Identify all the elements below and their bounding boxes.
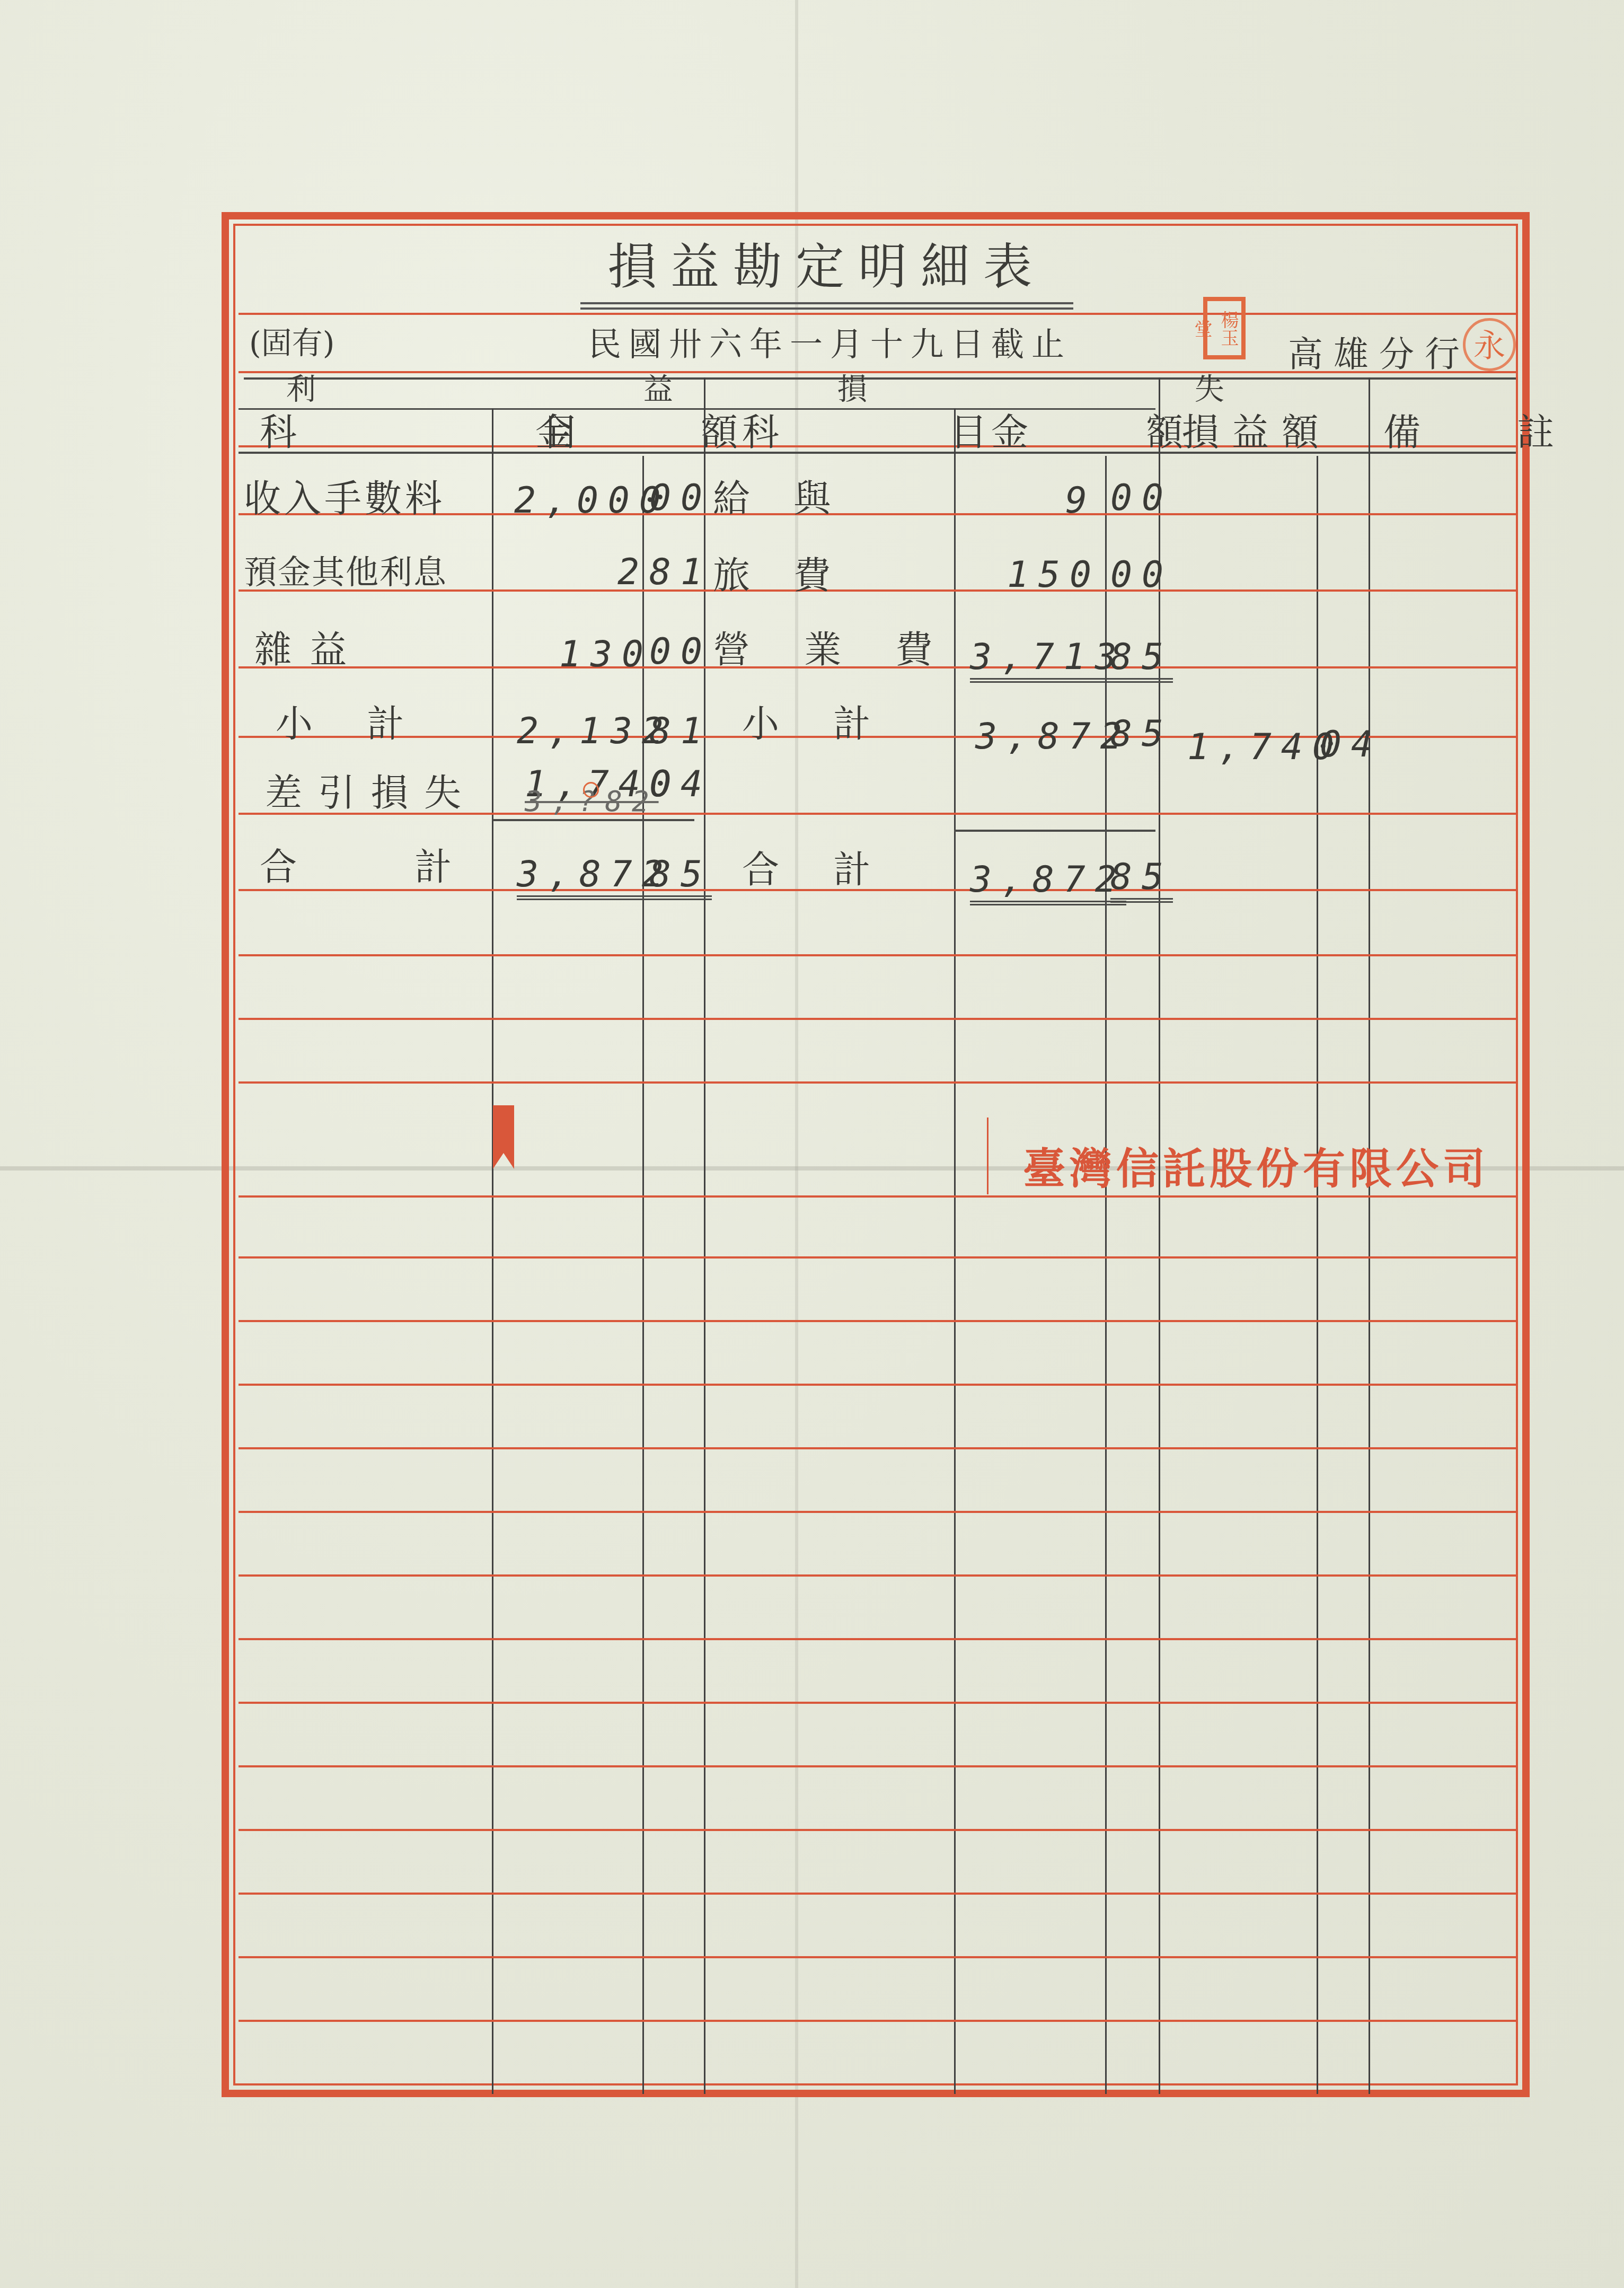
vline-loss-cents	[1105, 456, 1107, 2094]
row-rule	[239, 1447, 1516, 1449]
vline-pl-cents	[1317, 456, 1318, 2094]
col-remarks: 備 註	[1383, 403, 1596, 456]
row1-profit-cents: 00	[649, 477, 712, 519]
vline-pl-amount	[1159, 377, 1160, 2094]
row1-loss-cents: 00	[1110, 477, 1173, 519]
row-rule	[239, 2020, 1516, 2022]
title-underline	[580, 302, 1073, 310]
row-rule	[239, 1574, 1516, 1577]
group-header-loss: 損 失	[837, 366, 1383, 408]
row3-loss-cents: 85	[1110, 636, 1173, 683]
document-title: 損益勘定明細表	[578, 228, 1076, 298]
company-imprint: 臺灣信託股份有限公司	[1023, 1134, 1489, 1195]
vline-remarks	[1369, 377, 1370, 2094]
rule-title	[239, 313, 1516, 315]
row1-profit-item: 收入手數料	[244, 469, 445, 523]
row3-profit-amount: 130	[559, 633, 653, 675]
row-rule	[239, 1765, 1516, 1767]
row6-loss-amount: 3,872	[970, 859, 1126, 905]
row-rule	[239, 1018, 1516, 1020]
row2-profit-cents: 81	[649, 551, 712, 593]
row-rule	[239, 1511, 1516, 1513]
row4-loss-cents: 85	[1110, 713, 1173, 755]
row-rule	[239, 1702, 1516, 1704]
row-rule	[239, 1195, 1516, 1198]
row4-loss-amount: 3,872	[975, 716, 1132, 758]
row-rule	[239, 1829, 1516, 1831]
row-rule	[239, 1081, 1516, 1084]
row4-profit-cents: 81	[649, 710, 712, 752]
row3-profit-cents: 00	[649, 631, 712, 673]
row6-profit-cents: 85	[649, 853, 712, 900]
round-seal: 永	[1463, 318, 1516, 371]
vline-loss-amount	[954, 408, 956, 2094]
row2-profit-amount: 2	[617, 551, 649, 593]
row-rule	[239, 1638, 1516, 1640]
profit-total-rule	[493, 819, 694, 821]
row4-profit-item: 小 計	[276, 694, 425, 748]
row1-loss-item: 給 與	[713, 469, 846, 523]
group-header-profit: 利 益	[286, 366, 832, 408]
row2-profit-item: 預金其他利息	[244, 546, 447, 593]
vline-profit-amount	[492, 408, 493, 2094]
row3-loss-amount: 3,713	[970, 636, 1126, 683]
row2-loss-cents: 00	[1110, 554, 1173, 596]
col-pl-amount: 損益額	[1182, 403, 1331, 456]
row6-profit-item: 合 計	[260, 838, 505, 891]
row-rule	[239, 1320, 1516, 1322]
row-rule	[239, 1256, 1516, 1259]
row-rule	[239, 954, 1516, 956]
correction-seal	[583, 782, 599, 798]
row4-loss-item: 小 計	[742, 694, 892, 748]
row-rule	[239, 1893, 1516, 1895]
row5-profit-item: 差引損失	[265, 763, 477, 817]
row3-loss-item: 營 業 費	[713, 620, 954, 674]
row2-loss-amount: 150	[1007, 554, 1101, 596]
row4-pl-cents: 04	[1320, 724, 1382, 765]
corner-note: (固有)	[249, 318, 334, 363]
vline-profit-cents	[642, 456, 644, 2094]
row6-loss-item: 合 計	[742, 840, 892, 894]
row1-profit-amount: 2,000	[514, 480, 670, 522]
date-line: 民國卅六年一月十九日截止	[588, 318, 1072, 365]
personal-seal: 楊玉堂	[1203, 297, 1246, 359]
row2-loss-item: 旅 費	[713, 546, 846, 600]
row-rule	[239, 1384, 1516, 1386]
row6-loss-cents: 85	[1110, 856, 1173, 903]
row1-loss-amount: 9	[1065, 480, 1097, 522]
row3-profit-item: 雜 益	[254, 620, 350, 674]
row-rule	[239, 1956, 1516, 1958]
loss-total-rule	[954, 830, 1155, 832]
